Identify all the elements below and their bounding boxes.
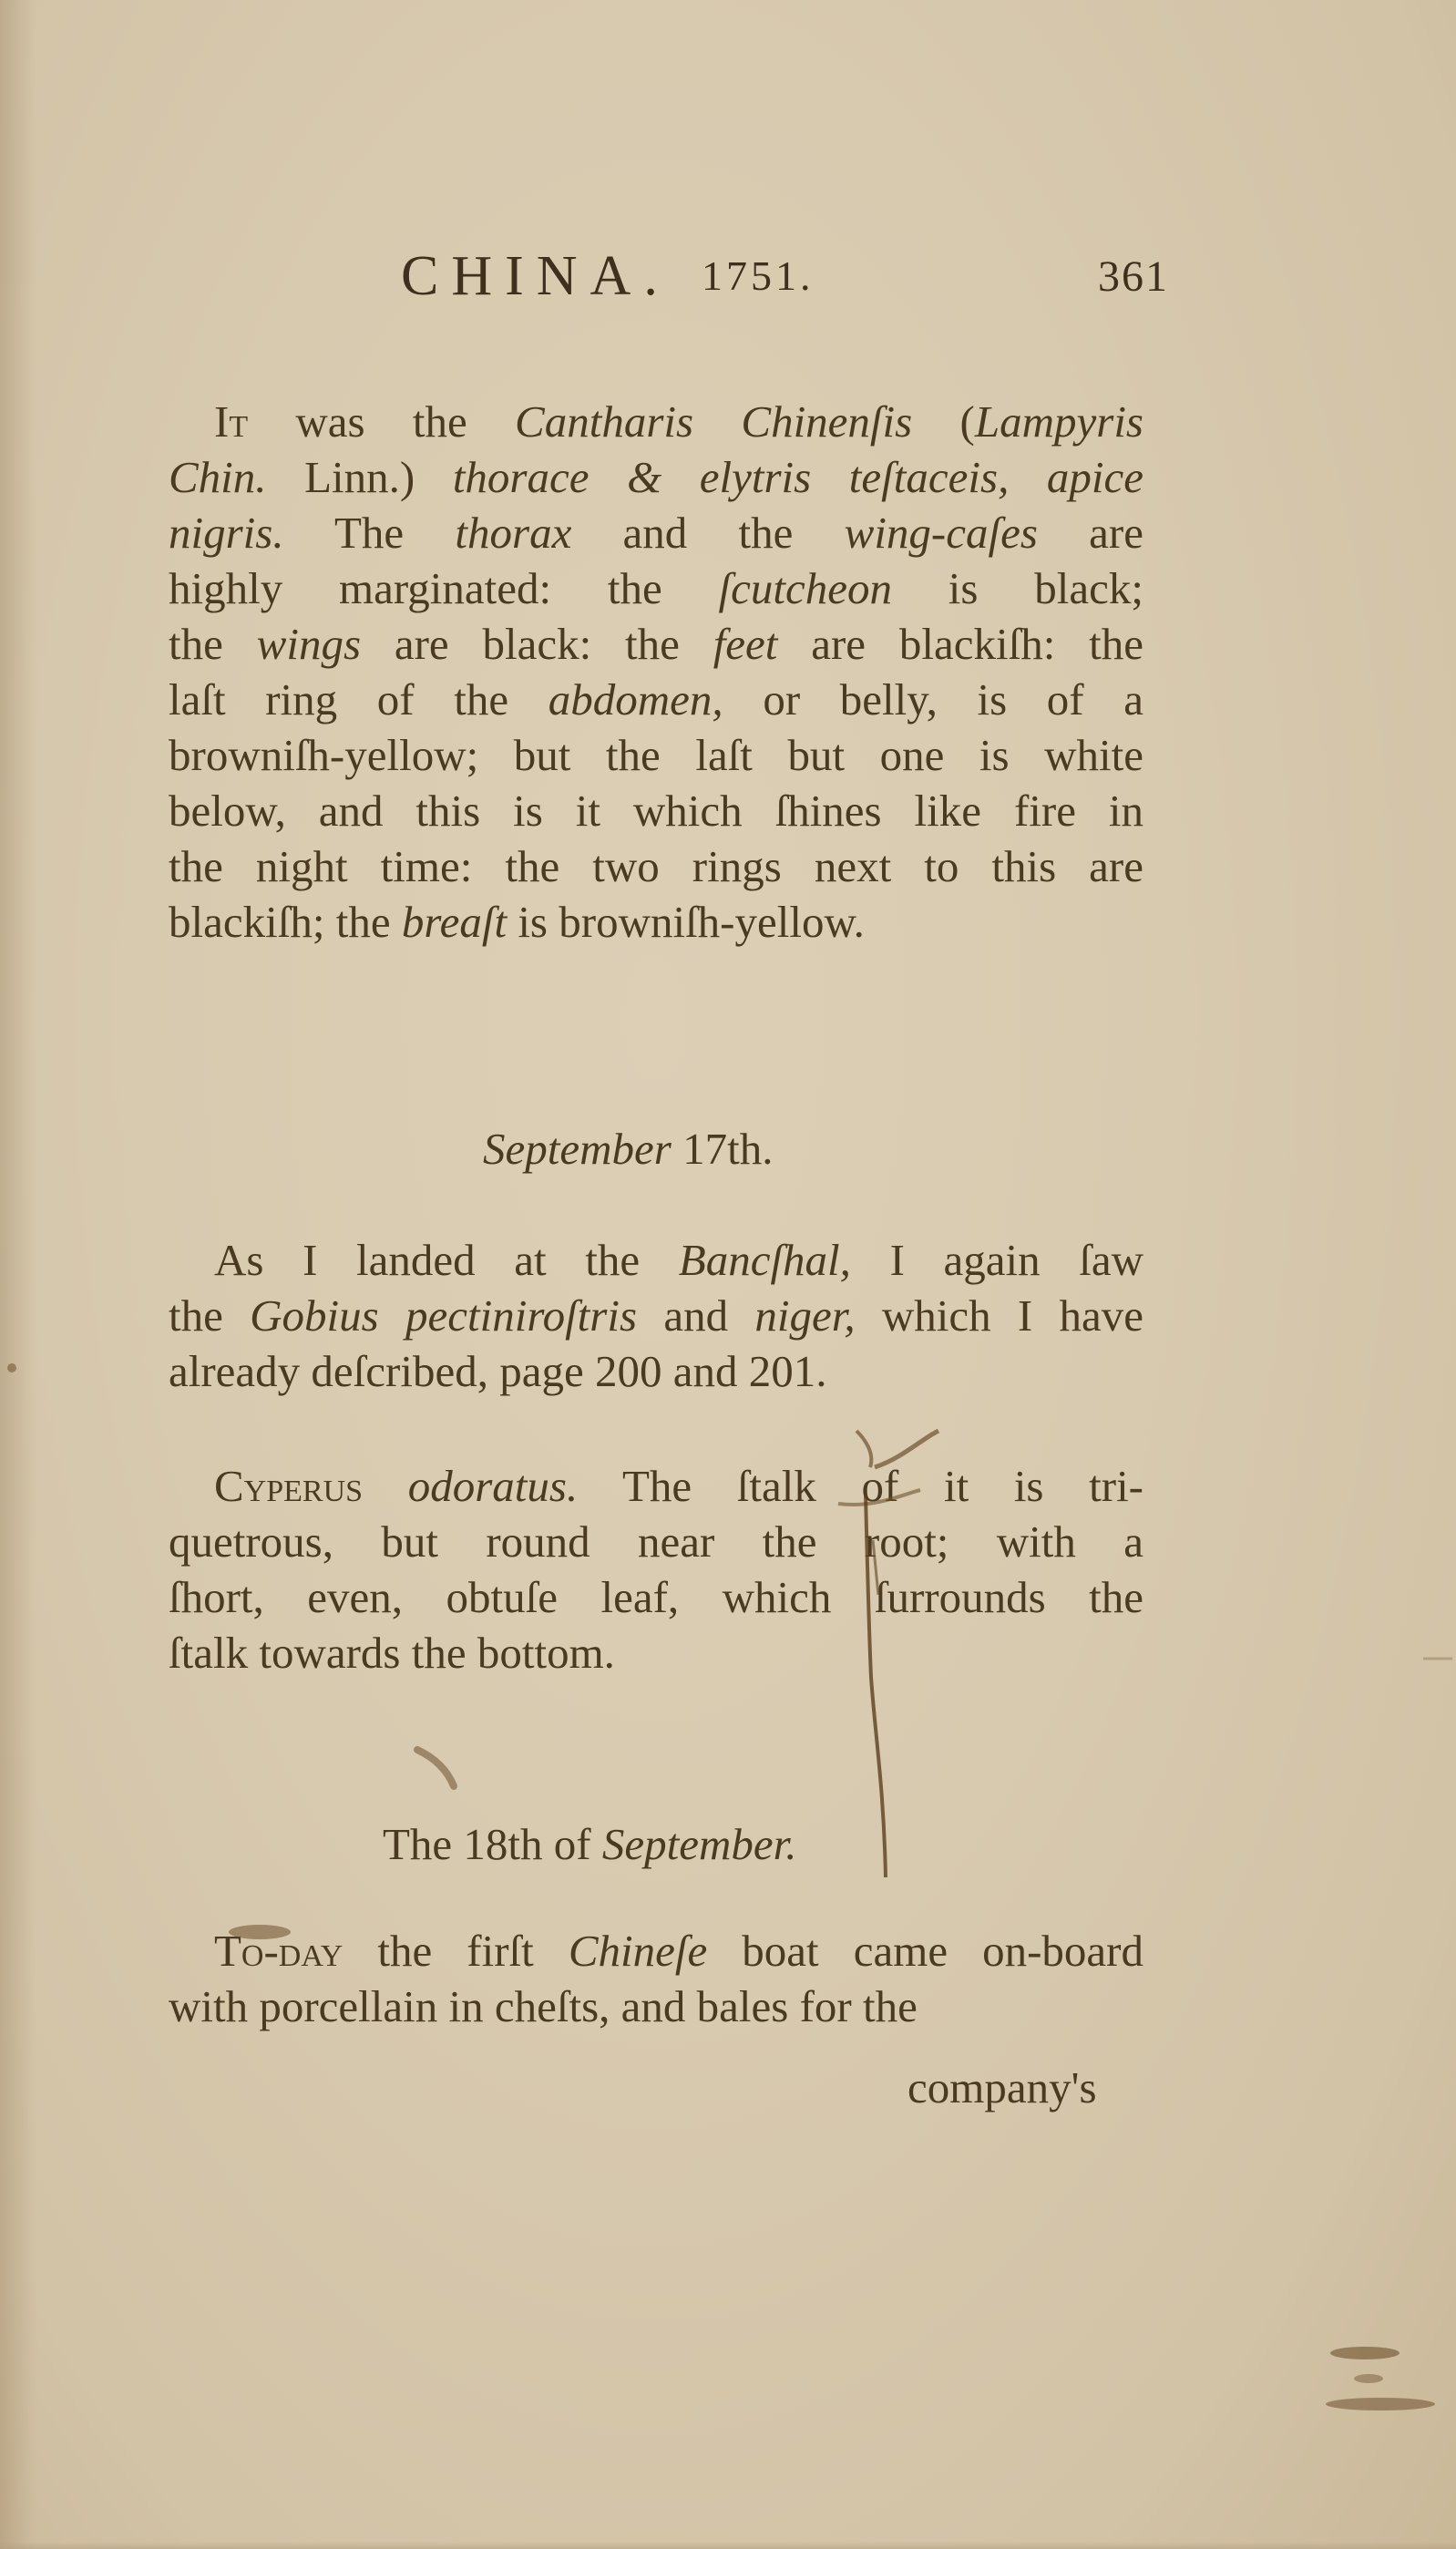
date-heading-sept-18: The 18th of September. [383, 1818, 797, 1870]
paragraph-bancshal: As I landed at the Bancſhal, I again ſaw… [169, 1232, 1143, 1399]
running-head: CHINA. 1751. 361 [401, 244, 1148, 317]
text-line: To-day the firſt Chineſe boat came on-bo… [169, 1923, 1143, 1979]
leaf-fragment-stain-icon [410, 1741, 465, 1795]
text-line: quetrous, but round near the root; with … [169, 1514, 1143, 1569]
text-line: the night time: the two rings next to th… [169, 838, 1143, 894]
heading-month: September [483, 1124, 672, 1174]
margin-mark-icon [1421, 1650, 1454, 1668]
text-line: nigris. The thorax and the wing-caſes ar… [169, 505, 1143, 560]
text-line: ſhort, even, obtuſe leaf, which ſurround… [169, 1569, 1143, 1625]
text-line: It was the Cantharis Chinenſis (Lampyris [169, 394, 1143, 449]
heading-prefix: The 18th of [383, 1819, 602, 1869]
text-line: the wings are black: the feet are blacki… [169, 616, 1143, 672]
paragraph-chinese-boat: To-day the firſt Chineſe boat came on-bo… [169, 1923, 1143, 2034]
text-line: As I landed at the Bancſhal, I again ſaw [169, 1232, 1143, 1288]
catchword: company's [907, 2061, 1097, 2113]
text-line: laſt ring of the abdomen, or belly, is o… [169, 672, 1143, 727]
text-line: highly marginated: the ſcutcheon is blac… [169, 560, 1143, 616]
edge-stain-marks-icon [1303, 2342, 1449, 2424]
page-number: 361 [1098, 252, 1169, 302]
text-line: browniſh-yellow; but the laſt but one is… [169, 727, 1143, 783]
ink-speck [7, 1363, 16, 1372]
date-heading-sept-17: September 17th. [483, 1123, 773, 1175]
text-line: blackiſh; the breaſt is browniſh-yellow. [169, 894, 1143, 950]
text-line: with porcellain in cheſts, and bales for… [169, 1979, 1143, 2034]
text-line: Chin. Linn.) thorace & elytris teſtaceis… [169, 449, 1143, 505]
book-page: CHINA. 1751. 361 It was the Cantharis Ch… [0, 0, 1456, 2549]
running-head-title: CHINA. [401, 244, 671, 309]
text-line: the Gobius pectiniroſtris and niger, whi… [169, 1288, 1143, 1343]
heading-day: 17th. [672, 1124, 774, 1174]
text-line: already deſcribed, page 200 and 201. [169, 1343, 1143, 1399]
running-head-year: 1751. [702, 252, 815, 300]
text-line: below, and this is it which ſhines like … [169, 783, 1143, 838]
text-line: ſtalk towards the bottom. [169, 1625, 1143, 1680]
text-line: Cyperus odoratus. The ſtalk of it is tri… [169, 1458, 1143, 1514]
heading-month: September. [602, 1819, 797, 1869]
paragraph-cyperus: Cyperus odoratus. The ſtalk of it is tri… [169, 1458, 1143, 1680]
paragraph-cantharis: It was the Cantharis Chinenſis (Lampyris… [169, 394, 1143, 950]
